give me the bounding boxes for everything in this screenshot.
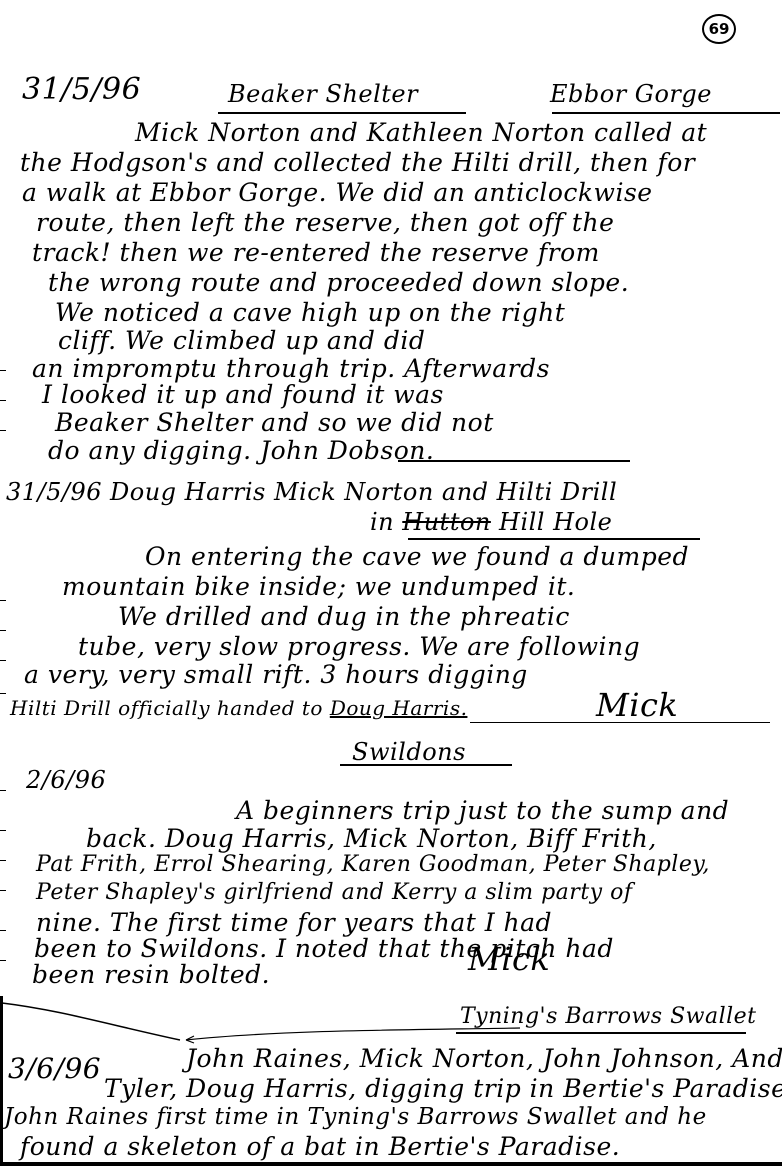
entry-line: John Raines first time in Tyning's Barro…: [4, 1104, 707, 1130]
entry-line: cliff. We climbed up and did: [58, 326, 425, 355]
entry-line: Beaker Shelter and so we did not: [55, 408, 494, 437]
location-underline: [552, 112, 780, 114]
entry-line: a very, very small rift. 3 hours digging: [24, 660, 528, 689]
entry-line: I looked it up and found it was: [42, 380, 444, 409]
title-underline: [340, 764, 512, 766]
entry-date: 2/6/96: [26, 766, 106, 794]
entry-location: Ebbor Gorge: [550, 80, 712, 108]
heading-underline: [408, 538, 700, 540]
entry-title: Beaker Shelter: [228, 80, 418, 108]
entry-line: do any digging. John Dobson.: [48, 436, 434, 465]
margin-tick: [0, 400, 6, 401]
entry-line: On entering the cave we found a dumped: [145, 542, 689, 571]
entry-line: Pat Frith, Errol Shearing, Karen Goodman…: [36, 852, 710, 877]
struck-word: Hutton: [402, 508, 491, 536]
margin-tick: [0, 890, 6, 891]
entry-line: We noticed a cave high up on the right: [55, 298, 565, 327]
entry-line: tube, very slow progress. We are followi…: [78, 632, 640, 661]
entry-title: Tyning's Barrows Swallet: [460, 1004, 757, 1029]
entry-line: route, then left the reserve, then got o…: [36, 208, 614, 237]
signature-line: [470, 722, 770, 723]
title-underline: [456, 1032, 746, 1034]
title-underline: [218, 112, 466, 114]
entry-line: a walk at Ebbor Gorge. We did an anticlo…: [22, 178, 653, 207]
margin-tick: [0, 790, 6, 791]
entry-line: the Hodgson's and collected the Hilti dr…: [20, 148, 695, 177]
margin-tick: [0, 660, 6, 661]
entry-heading-line2: in Hutton Hill Hole: [370, 508, 612, 536]
entry-line: We drilled and dug in the phreatic: [118, 602, 570, 631]
signature: Mick: [468, 940, 550, 978]
entry-line: been resin bolted.: [32, 960, 270, 989]
entry-heading: Doug Harris Mick Norton and Hilti Drill: [110, 478, 617, 506]
margin-tick: [0, 930, 6, 931]
signature: Mick: [596, 686, 678, 724]
entry-line: Mick Norton and Kathleen Norton called a…: [135, 118, 707, 147]
entry-line: mountain bike inside; we undumped it.: [62, 572, 575, 601]
margin-tick: [0, 600, 6, 601]
handover-note: Hilti Drill officially handed to Doug Ha…: [10, 696, 467, 720]
page-number: 69: [702, 14, 736, 44]
entry-line: A beginners trip just to the sump and: [236, 796, 729, 825]
entry-date: 31/5/96: [6, 478, 102, 506]
entry-date: 31/5/96: [22, 72, 141, 107]
margin-tick: [0, 860, 6, 861]
margin-tick: [0, 960, 6, 961]
entry-line: nine. The first time for years that I ha…: [36, 908, 552, 937]
entry-line-text: Peter Shapley's girlfriend and Kerry a s…: [36, 880, 632, 905]
entry-line: track! then we re-entered the reserve fr…: [32, 238, 600, 267]
entry-line: found a skeleton of a bat in Bertie's Pa…: [20, 1132, 620, 1161]
margin-tick: [0, 693, 6, 694]
margin-tick: [0, 430, 6, 431]
scan-edge-bottom: [0, 1162, 782, 1166]
heading-prefix: in: [370, 508, 394, 536]
entry-line: John Raines, Mick Norton, John Johnson, …: [186, 1044, 782, 1073]
entry-separator: [398, 460, 630, 462]
cave-name: Hill Hole: [499, 508, 612, 536]
entry-line: the wrong route and proceeded down slope…: [48, 268, 629, 297]
entry-title: Swildons: [352, 738, 466, 766]
margin-tick: [0, 830, 6, 831]
scan-edge-left: [0, 996, 3, 1166]
entry-line: an impromptu through trip. Afterwards: [32, 354, 550, 383]
entry-line: Tyler, Doug Harris, digging trip in Bert…: [104, 1074, 782, 1103]
entry-line: back. Doug Harris, Mick Norton, Biff Fri…: [86, 824, 657, 853]
entry-date: 3/6/96: [8, 1052, 101, 1085]
logbook-page: 69 31/5/96 Beaker Shelter Ebbor Gorge Mi…: [0, 0, 782, 1166]
entry-line: Peter Shapley's girlfriend and Kerry a s…: [36, 880, 632, 905]
margin-tick: [0, 370, 6, 371]
margin-tick: [0, 630, 6, 631]
handover-recipient: Doug Harris.: [330, 696, 468, 720]
handover-text: Hilti Drill officially handed to: [10, 696, 323, 720]
